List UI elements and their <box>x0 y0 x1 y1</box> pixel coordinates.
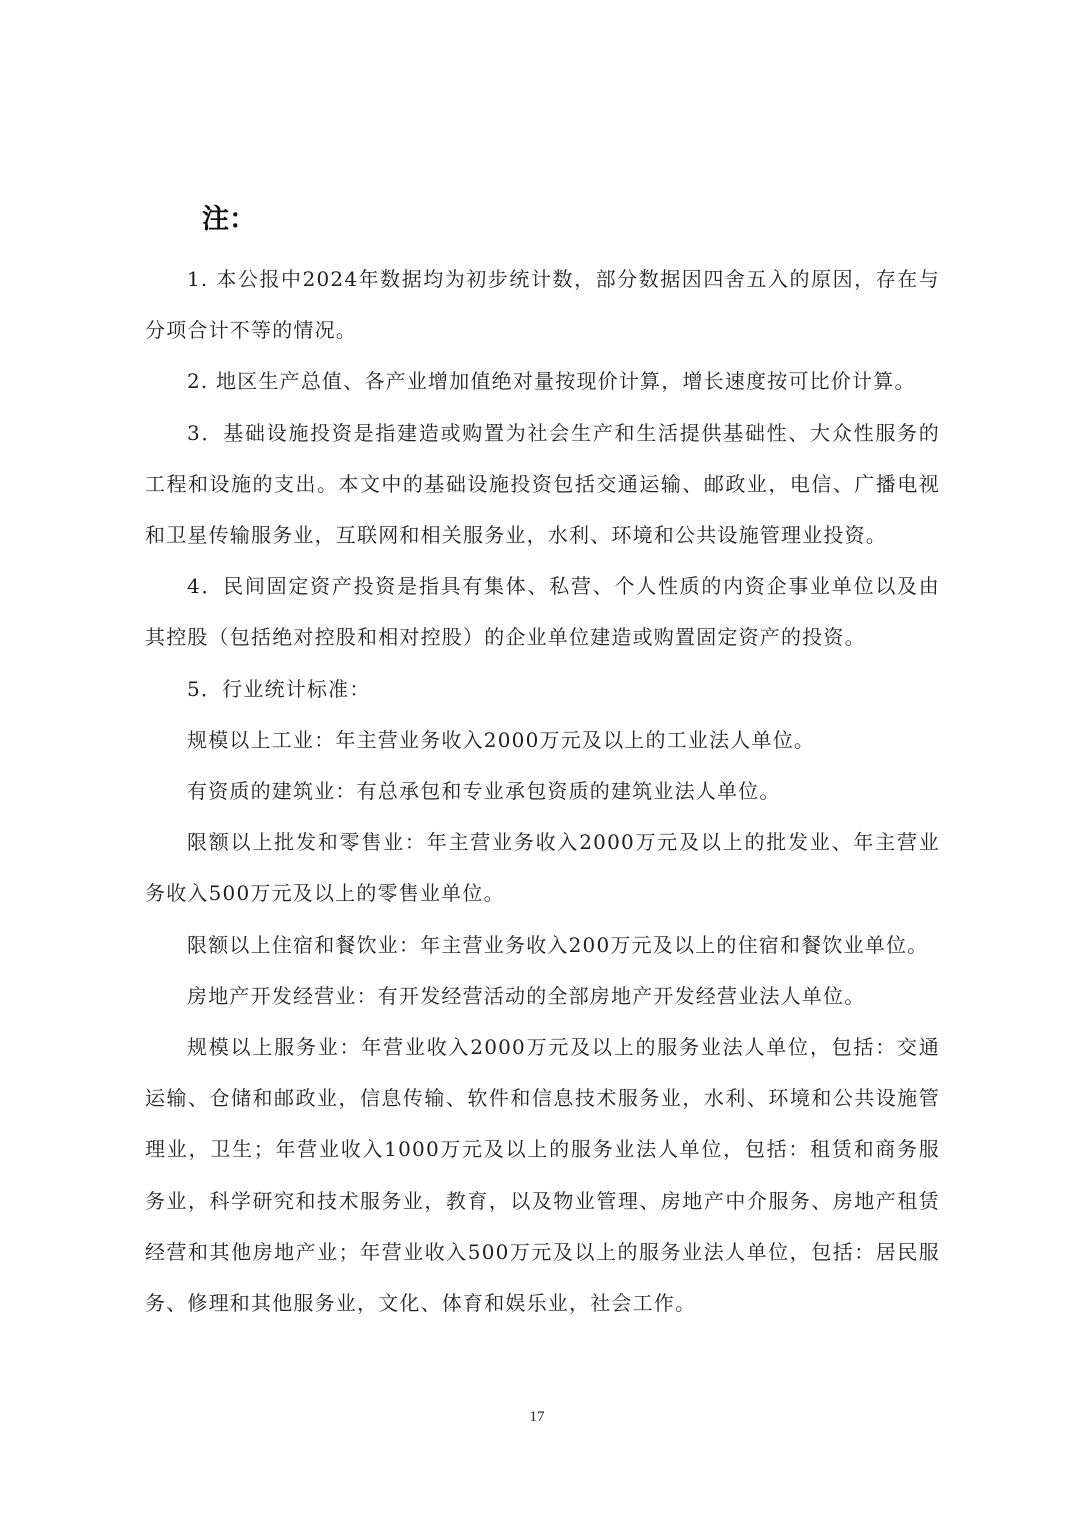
standard-services-paragraph: 规模以上服务业：年营业收入2000万元及以上的服务业法人单位，包括：交通运输、仓… <box>145 1022 940 1329</box>
note-4-paragraph: 4．民间固定资产投资是指具有集体、私营、个人性质的内资企事业单位以及由其控股（包… <box>145 561 940 663</box>
note-3-paragraph: 3．基础设施投资是指建造或购置为社会生产和生活提供基础性、大众性服务的工程和设施… <box>145 408 940 562</box>
standard-industry-paragraph: 规模以上工业：年主营业务收入2000万元及以上的工业法人单位。 <box>145 715 940 766</box>
standard-wholesale-retail-paragraph: 限额以上批发和零售业：年主营业务收入2000万元及以上的批发业、年主营业务收入5… <box>145 817 940 919</box>
page-number: 17 <box>0 1409 1074 1426</box>
note-2-paragraph: 2. 地区生产总值、各产业增加值绝对量按现价计算，增长速度按可比价计算。 <box>145 356 940 407</box>
note-5-paragraph: 5．行业统计标准： <box>145 664 940 715</box>
note-1-paragraph: 1. 本公报中2024年数据均为初步统计数，部分数据因四舍五入的原因，存在与分项… <box>145 254 940 356</box>
standard-construction-paragraph: 有资质的建筑业：有总承包和专业承包资质的建筑业法人单位。 <box>145 766 940 817</box>
notes-heading: 注： <box>202 200 256 240</box>
standard-real-estate-paragraph: 房地产开发经营业：有开发经营活动的全部房地产开发经营业法人单位。 <box>145 971 940 1022</box>
notes-body: 1. 本公报中2024年数据均为初步统计数，部分数据因四舍五入的原因，存在与分项… <box>145 254 940 1329</box>
standard-accommodation-catering-paragraph: 限额以上住宿和餐饮业：年主营业务收入200万元及以上的住宿和餐饮业单位。 <box>145 920 940 971</box>
